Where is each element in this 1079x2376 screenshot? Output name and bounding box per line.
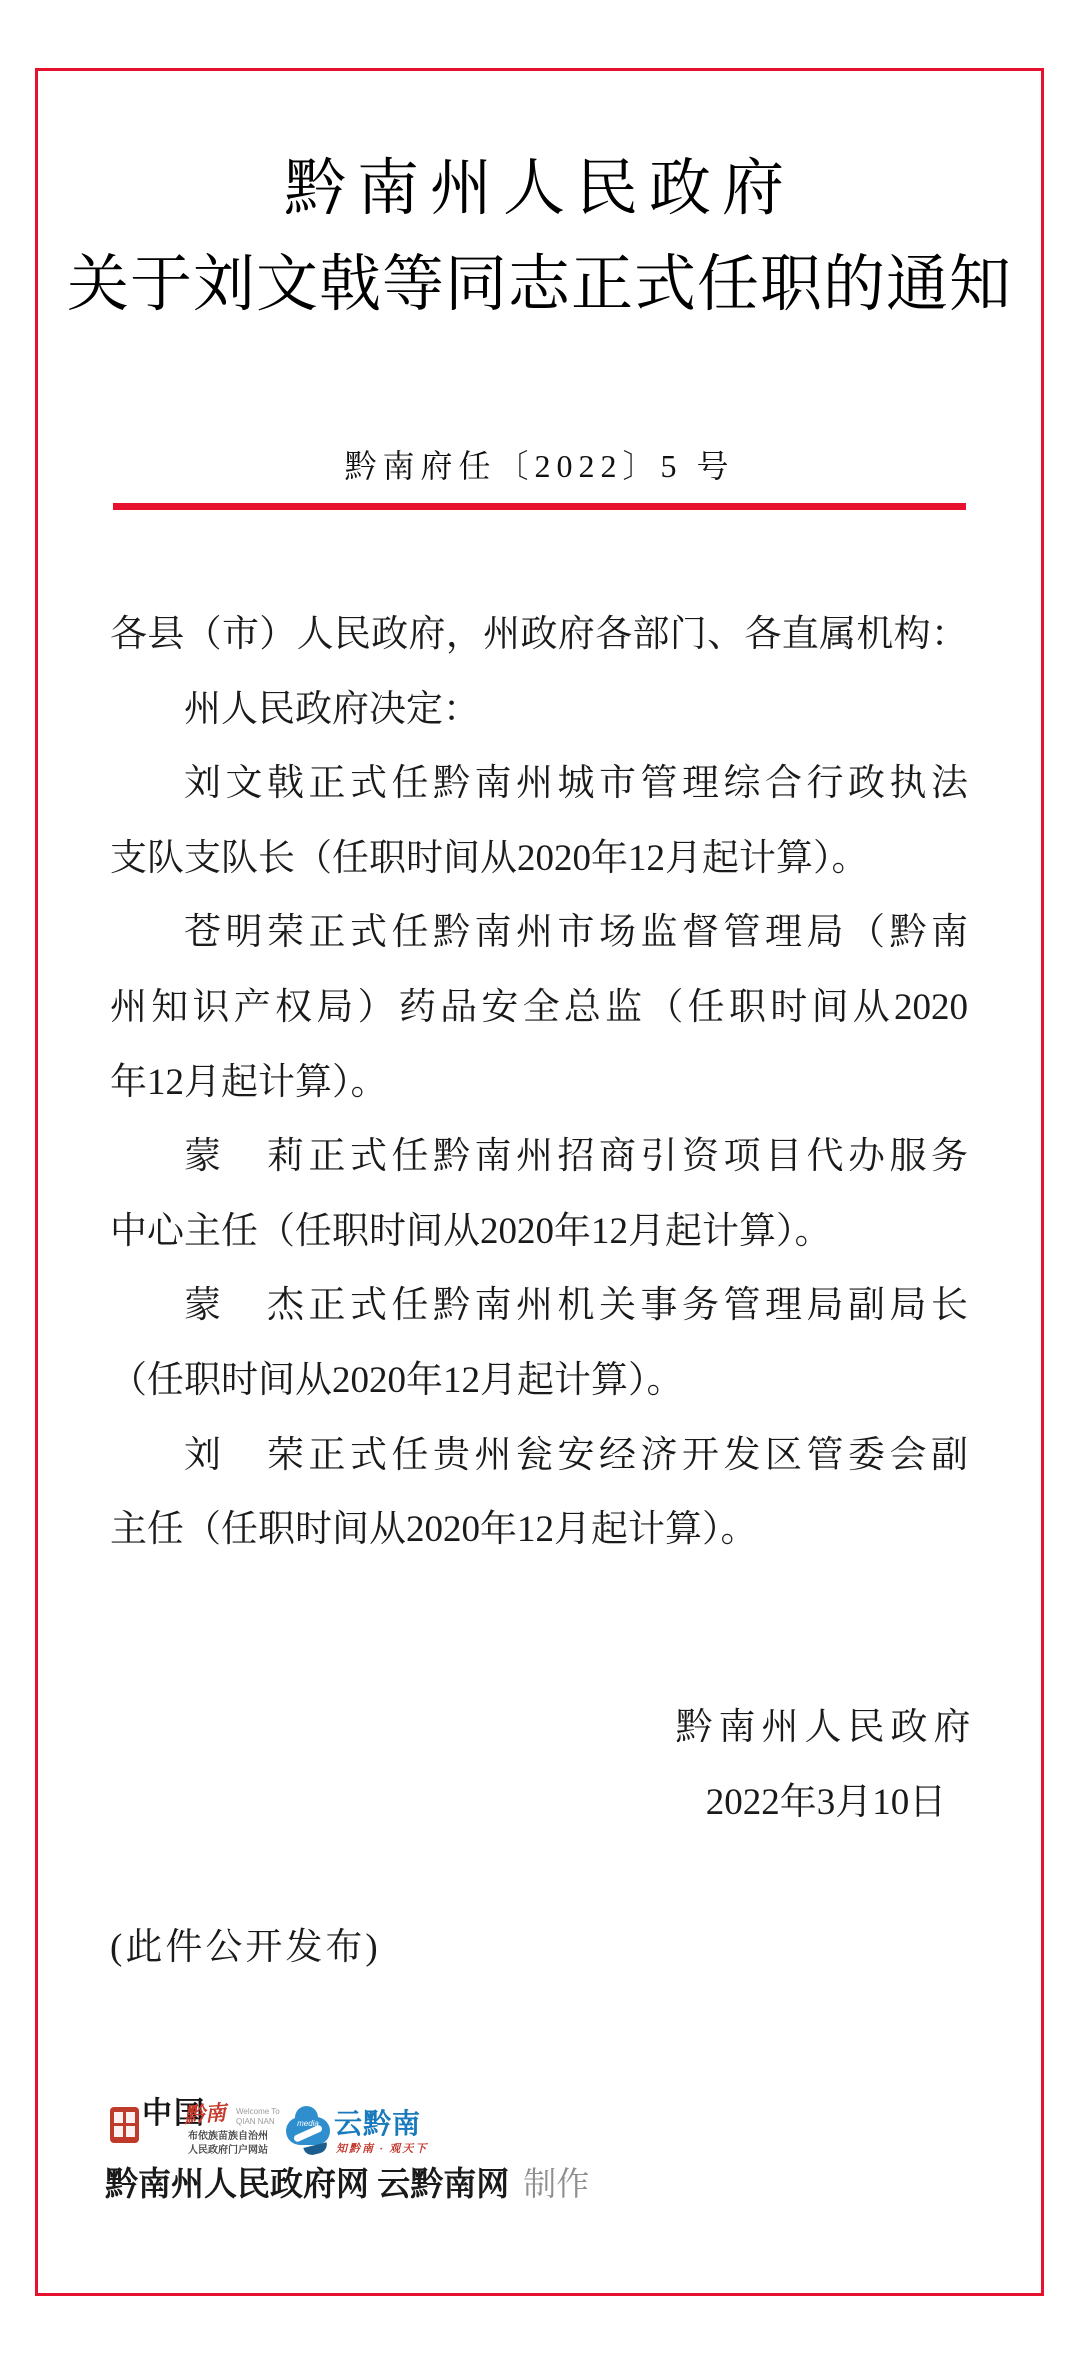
body-line: 州知识产权局）药品安全总监（任职时间从2020 (110, 971, 968, 1046)
body-line: 刘 荣正式任贵州瓮安经济开发区管委会副 (110, 1419, 968, 1494)
qiannan-script-wordmark: 黔南 (183, 2103, 226, 2127)
signature-block: 黔南州人民政府 2022年3月10日 (600, 1691, 1052, 1840)
body-line: 蒙 莉正式任黔南州招商引资项目代办服务 (110, 1120, 968, 1195)
welcome-text: Welcome To QIAN NAN (236, 2107, 280, 2127)
notice-body: 各县（市）人民政府，州政府各部门、各直属机构： 州人民政府决定： 刘文戟正式任黔… (110, 598, 968, 1568)
notice-document-page: 黔南州人民政府 关于刘文戟等同志正式任职的通知 黔南府任〔2022〕5 号 各县… (0, 0, 1079, 2376)
red-divider-line (113, 503, 966, 510)
signature-name: 黔南州人民政府 (600, 1691, 1052, 1766)
yunqiannan-wordmark: 云黔南 (334, 2110, 421, 2138)
public-release-note: (此件公开发布) (110, 1926, 381, 1970)
credit-main: 黔南州人民政府网 云黔南网 (105, 2167, 509, 2203)
welcome-text-line1: Welcome To (236, 2107, 280, 2117)
body-line: （任职时间从2020年12月起计算）。 (110, 1344, 968, 1419)
body-line: 州人民政府决定： (110, 673, 968, 748)
portal-subtitle-line2: 人民政府门户网站 (188, 2144, 268, 2158)
body-line: 支队支队长（任职时间从2020年12月起计算）。 (110, 822, 968, 897)
media-label: media (286, 2119, 330, 2128)
body-line: 苍明荣正式任黔南州市场监督管理局（黔南 (110, 896, 968, 971)
welcome-text-line2: QIAN NAN (236, 2117, 280, 2127)
footer-logos: 中国 黔南 Welcome To QIAN NAN 布依族苗族自治州 人民政府门… (108, 2093, 538, 2165)
body-line: 年12月起计算）。 (110, 1046, 968, 1121)
signature-date: 2022年3月10日 (600, 1766, 1052, 1841)
body-line: 各县（市）人民政府，州政府各部门、各直属机构： (110, 598, 968, 673)
body-line: 刘文戟正式任黔南州城市管理综合行政执法 (110, 747, 968, 822)
media-cloud-icon: media (286, 2117, 330, 2145)
government-seal-icon (110, 2107, 139, 2143)
page-title-line2: 关于刘文戟等同志正式任职的通知 (0, 252, 1079, 319)
credit-line: 黔南州人民政府网 云黔南网制作 (105, 2166, 589, 2206)
doc-number: 黔南府任〔2022〕5 号 (0, 441, 1079, 487)
page-title-line1: 黔南州人民政府 (0, 156, 1079, 223)
body-line: 中心主任（任职时间从2020年12月起计算）。 (110, 1195, 968, 1270)
body-line: 蒙 杰正式任黔南州机关事务管理局副局长 (110, 1269, 968, 1344)
credit-suffix: 制作 (523, 2167, 589, 2203)
logo-slogan: 知黔南 · 观天下 (336, 2144, 428, 2155)
portal-subtitle-line1: 布依族苗族自治州 (188, 2130, 268, 2144)
body-line: 主任（任职时间从2020年12月起计算）。 (110, 1493, 968, 1568)
portal-subtitle: 布依族苗族自治州 人民政府门户网站 (188, 2130, 268, 2157)
